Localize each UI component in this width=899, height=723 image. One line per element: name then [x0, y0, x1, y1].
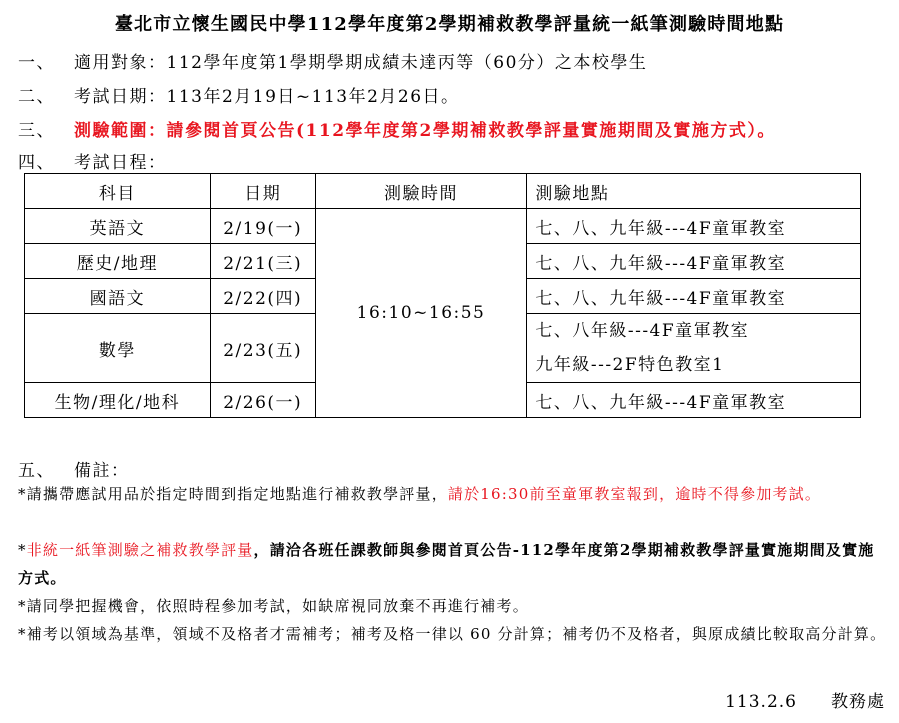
- document-title: 臺北市立懷生國民中學112學年度第2學期補救教學評量統一紙筆測驗時間地點: [0, 10, 899, 36]
- section-label: 考試日期：: [74, 87, 167, 107]
- section-3: 三、測驗範圍：請參閱首頁公告(112學年度第2學期補救教學評量實施期間及實施方式…: [18, 116, 776, 141]
- signature: 113.2.6教務處: [725, 687, 885, 712]
- section-number: 五、: [18, 456, 74, 481]
- location-line: 七、八年級---4F童軍教室: [535, 314, 852, 348]
- remark-highlight: 非統一紙筆測驗之補救教學評量: [27, 541, 254, 559]
- section-5: 五、備註：: [18, 456, 130, 481]
- section-number: 三、: [18, 116, 74, 141]
- section-number: 一、: [18, 48, 74, 73]
- remark-item: *非統一紙筆測驗之補救教學評量，請洽各班任課教師與參閱首頁公告-112學年度第2…: [18, 536, 888, 592]
- remark-text: 請攜帶應試用品於指定時間到指定地點進行補救教學評量，: [27, 485, 448, 503]
- location-cell: 七、八年級---4F童軍教室 九年級---2F特色教室1: [527, 314, 861, 383]
- location-line: 九年級---2F特色教室1: [535, 348, 852, 382]
- header-time: 測驗時間: [315, 174, 527, 209]
- signature-date: 113.2.6: [725, 692, 797, 712]
- subject-cell: 生物/理化/地科: [25, 383, 211, 418]
- subject-cell: 英語文: [25, 209, 211, 244]
- section-text: 112學年度第1學期學期成績未達丙等（60分）之本校學生: [167, 53, 648, 73]
- date-cell: 2/26(一): [210, 383, 315, 418]
- location-cell: 七、八、九年級---4F童軍教室: [527, 209, 861, 244]
- section-label: 備註：: [74, 461, 130, 481]
- subject-cell: 國語文: [25, 279, 211, 314]
- remark-highlight: 請於16:30前至童軍教室報到，逾時不得參加考試。: [448, 485, 821, 503]
- section-label: 適用對象：: [74, 53, 167, 73]
- table-row: 英語文 2/19(一) 16:10~16:55 七、八、九年級---4F童軍教室: [25, 209, 861, 244]
- location-cell: 七、八、九年級---4F童軍教室: [527, 383, 861, 418]
- section-2: 二、考試日期：113年2月19日~113年2月26日。: [18, 82, 460, 107]
- time-cell: 16:10~16:55: [315, 209, 527, 418]
- bullet: *: [18, 597, 27, 615]
- section-number: 四、: [18, 148, 74, 173]
- section-number: 二、: [18, 82, 74, 107]
- remark-text: 請同學把握機會，依照時程參加考試，如缺席視同放棄不再進行補考。: [27, 597, 529, 615]
- section-label: 考試日程：: [74, 153, 167, 173]
- header-date: 日期: [210, 174, 315, 209]
- section-1: 一、適用對象：112學年度第1學期學期成績未達丙等（60分）之本校學生: [18, 48, 647, 73]
- remark-item: *請同學把握機會，依照時程參加考試，如缺席視同放棄不再進行補考。: [18, 592, 888, 620]
- section-text: 113年2月19日~113年2月26日。: [167, 87, 460, 107]
- section-4: 四、考試日程：: [18, 148, 167, 173]
- header-subject: 科目: [25, 174, 211, 209]
- subject-cell: 數學: [25, 314, 211, 383]
- section-text: 請參閱首頁公告(112學年度第2學期補救教學評量實施期間及實施方式）。: [167, 121, 776, 141]
- bullet: *: [18, 625, 27, 643]
- table-header-row: 科目 日期 測驗時間 測驗地點: [25, 174, 861, 209]
- header-location: 測驗地點: [527, 174, 861, 209]
- remark-text: 補考以領域為基準，領域不及格者才需補考；補考及格一律以 60 分計算；補考仍不及…: [27, 625, 887, 643]
- location-cell: 七、八、九年級---4F童軍教室: [527, 279, 861, 314]
- exam-schedule-table: 科目 日期 測驗時間 測驗地點 英語文 2/19(一) 16:10~16:55 …: [24, 173, 861, 418]
- date-cell: 2/19(一): [210, 209, 315, 244]
- bullet: *: [18, 485, 27, 503]
- remark-item: *補考以領域為基準，領域不及格者才需補考；補考及格一律以 60 分計算；補考仍不…: [18, 620, 888, 648]
- bullet: *: [18, 541, 27, 559]
- date-cell: 2/21(三): [210, 244, 315, 279]
- remark-item: *請攜帶應試用品於指定時間到指定地點進行補救教學評量，請於16:30前至童軍教室…: [18, 480, 888, 508]
- signature-office: 教務處: [831, 692, 885, 712]
- section-label: 測驗範圍：: [74, 121, 167, 141]
- location-cell: 七、八、九年級---4F童軍教室: [527, 244, 861, 279]
- date-cell: 2/23(五): [210, 314, 315, 383]
- date-cell: 2/22(四): [210, 279, 315, 314]
- subject-cell: 歷史/地理: [25, 244, 211, 279]
